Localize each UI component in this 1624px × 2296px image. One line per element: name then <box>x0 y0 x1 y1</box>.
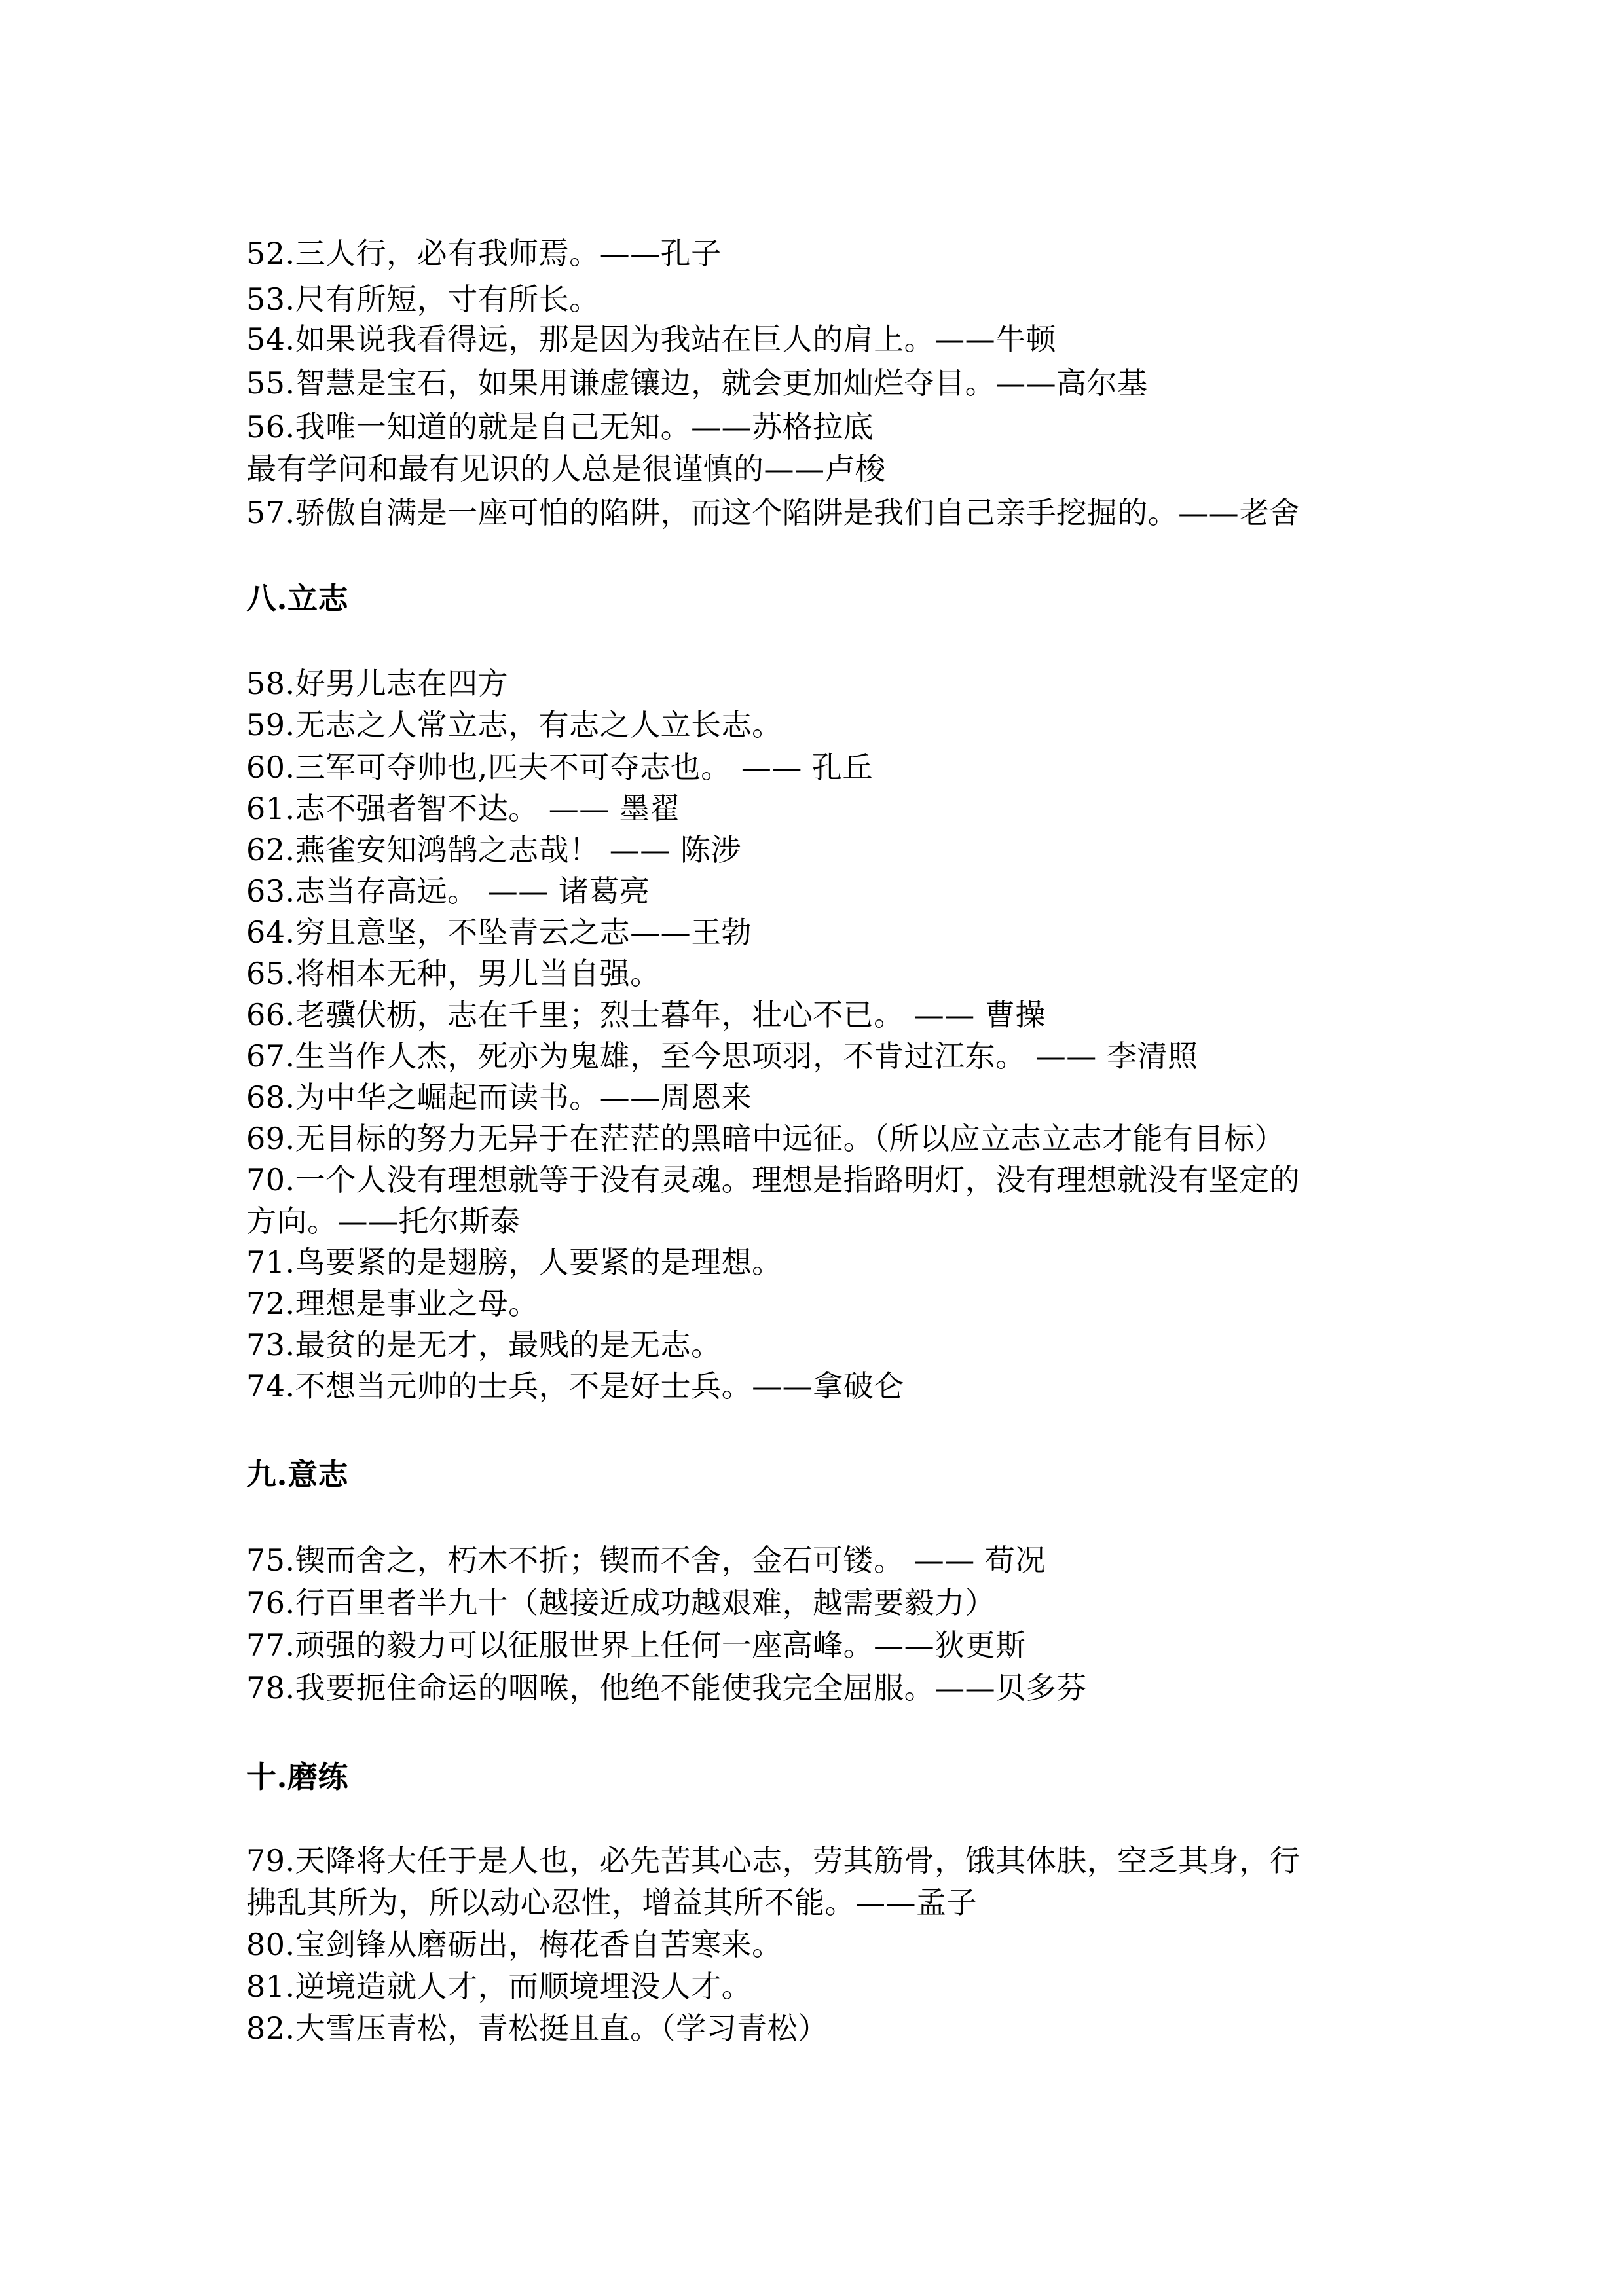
quote-line: 77.顽强的毅力可以征服世界上任何一座高峰。——狄更斯 <box>246 1627 1026 1664</box>
quote-line: 71.鸟要紧的是翅膀，人要紧的是理想。 <box>246 1244 783 1281</box>
quote-line: 55.智慧是宝石，如果用谦虚镶边，就会更加灿烂夺目。——高尔基 <box>246 365 1148 401</box>
quote-line: 67.生当作人杰，死亦为鬼雄，至今思项羽，不肯过江东。 —— 李清照 <box>246 1038 1198 1074</box>
document-page: 52.三人行，必有我师焉。——孔子53.尺有所短，寸有所长。54.如果说我看得远… <box>0 0 1624 2296</box>
quote-line: 56.我唯一知道的就是自己无知。——苏格拉底 <box>246 409 874 445</box>
quote-line: 63.志当存高远。 —— 诸葛亮 <box>246 873 650 909</box>
quote-line: 79.天降将大任于是人也，必先苦其心志，劳其筋骨，饿其体肤，空乏其身，行 <box>246 1842 1300 1879</box>
quote-line: 52.三人行，必有我师焉。——孔子 <box>246 235 722 272</box>
quote-line: 61.志不强者智不达。 —— 墨翟 <box>246 790 680 827</box>
quote-line: 65.将相本无种，男儿当自强。 <box>246 955 661 992</box>
quote-line: 76.行百里者半九十（越接近成功越艰难，越需要毅力） <box>246 1584 995 1621</box>
quote-line: 70.一个人没有理想就等于没有灵魂。理想是指路明灯，没有理想就没有坚定的 <box>246 1161 1300 1198</box>
section-heading: 十.磨练 <box>246 1758 348 1795</box>
quote-line: 54.如果说我看得远，那是因为我站在巨人的肩上。——牛顿 <box>246 321 1056 357</box>
quote-line: 58.好男儿志在四方 <box>246 665 508 702</box>
quote-line: 82.大雪压青松，青松挺且直。（学习青松） <box>246 2010 828 2047</box>
quote-line: 80.宝剑锋从磨砺出，梅花香自苦寒来。 <box>246 1926 783 1963</box>
quote-line: 53.尺有所短，寸有所长。 <box>246 281 600 318</box>
section-heading: 八.立志 <box>246 580 348 617</box>
quote-line: 拂乱其所为，所以动心忍性，增益其所不能。——孟子 <box>246 1884 977 1921</box>
quote-line: 72.理想是事业之母。 <box>246 1285 539 1322</box>
quote-line: 66.老骥伏枥，志在千里；烈士暮年，壮心不已。 —— 曹操 <box>246 996 1046 1033</box>
quote-line: 62.燕雀安知鸿鹄之志哉！ —— 陈涉 <box>246 831 741 868</box>
quote-line: 59.无志之人常立志，有志之人立长志。 <box>246 706 783 743</box>
quote-line: 81.逆境造就人才，而顺境埋没人才。 <box>246 1968 752 2005</box>
quote-line: 57.骄傲自满是一座可怕的陷阱，而这个陷阱是我们自己亲手挖掘的。——老舍 <box>246 494 1300 531</box>
quote-line: 64.穷且意坚，不坠青云之志——王勃 <box>246 914 752 951</box>
section-heading: 九.意志 <box>246 1456 348 1493</box>
quote-line: 60.三军可夺帅也,匹夫不可夺志也。 —— 孔丘 <box>246 749 873 786</box>
quote-line: 74.不想当元帅的士兵，不是好士兵。——拿破仑 <box>246 1368 904 1404</box>
quote-line: 最有学问和最有见识的人总是很谨慎的——卢梭 <box>246 450 886 487</box>
quote-line: 方向。——托尔斯泰 <box>246 1203 521 1239</box>
quote-line: 69.无目标的努力无异于在茫茫的黑暗中远征。（所以应立志立志才能有目标） <box>246 1120 1285 1157</box>
quote-line: 78.我要扼住命运的咽喉，他绝不能使我完全屈服。——贝多芬 <box>246 1669 1087 1706</box>
quote-line: 68.为中华之崛起而读书。——周恩来 <box>246 1079 752 1116</box>
quote-line: 73.最贫的是无才，最贱的是无志。 <box>246 1326 722 1363</box>
quote-line: 75.锲而舍之，朽木不折；锲而不舍，金石可镂。 —— 荀况 <box>246 1542 1046 1578</box>
